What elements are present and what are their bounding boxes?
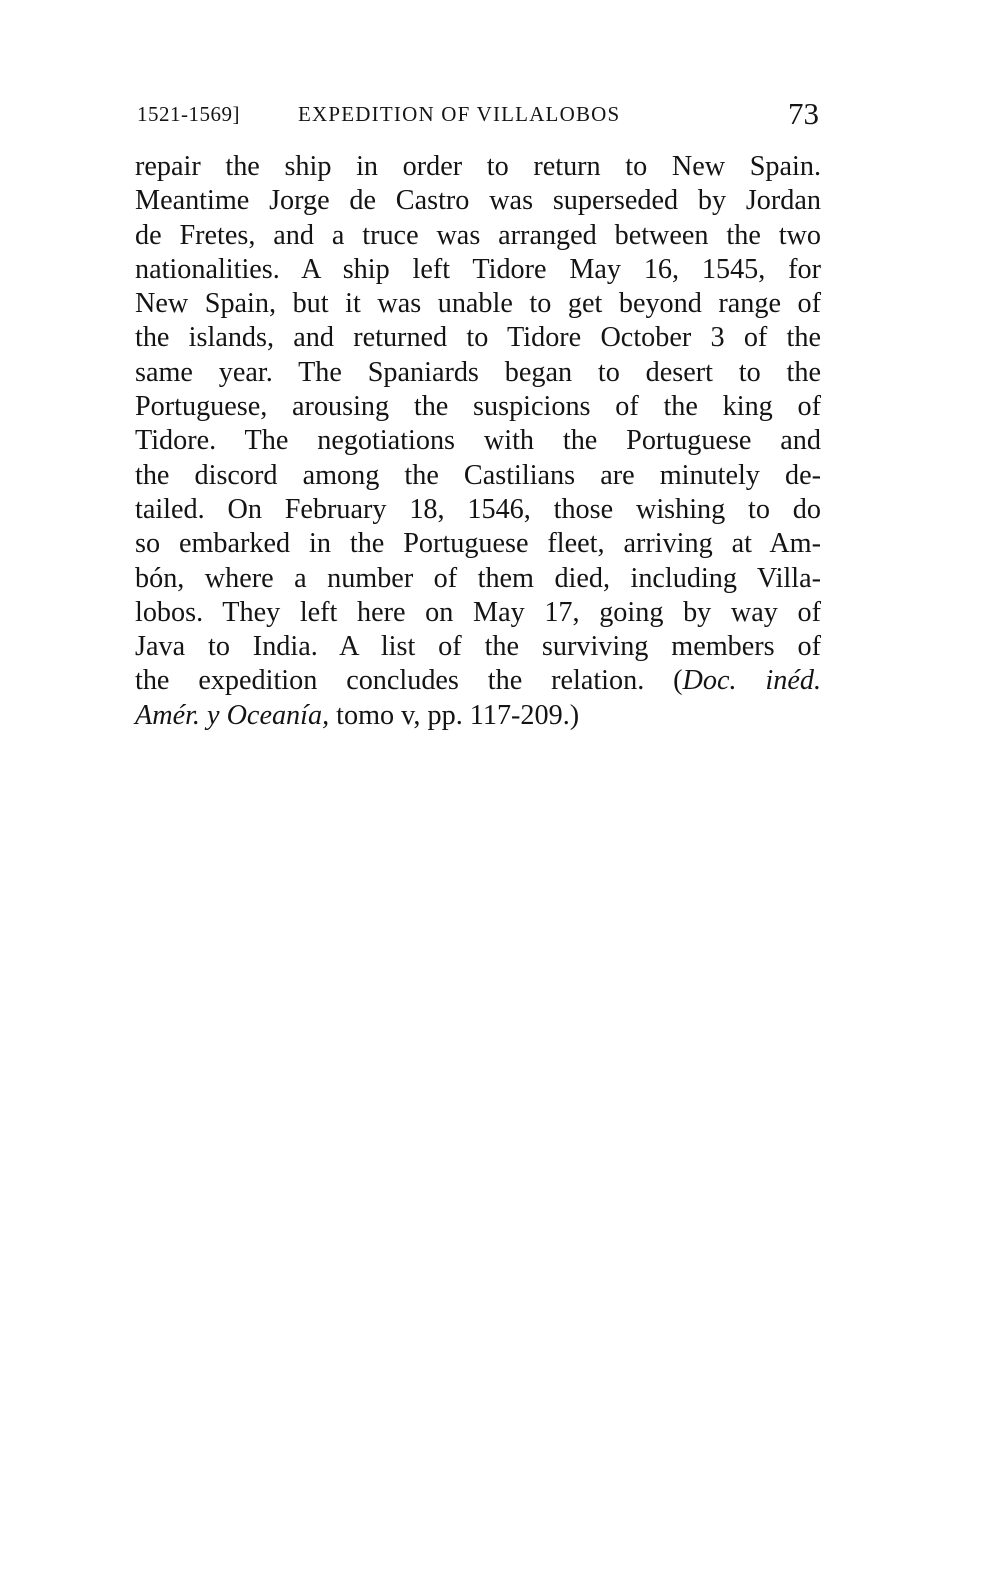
text-line: tailed. On February 18, 1546, those wish… [135,493,821,527]
book-page: 1521-1569] EXPEDITION OF VILLALOBOS 73 r… [0,0,989,1581]
text-line-citation-start: the expedition concludes the relation. (… [135,664,821,698]
running-head-date-range: 1521-1569] [137,102,240,127]
running-head-title: EXPEDITION OF VILLALOBOS [298,102,620,127]
text-line: bón, where a number of them died, includ… [135,562,821,596]
running-head: 1521-1569] EXPEDITION OF VILLALOBOS 73 [137,96,823,136]
text-line: Tidore. The negotiations with the Portug… [135,424,821,458]
citation-volume-pages: tomo v, pp. 117-209.) [329,700,579,731]
page-number: 73 [788,96,819,132]
text-line: lobos. They left here on May 17, going b… [135,596,821,630]
citation-source-italic-cont: Amér. y Oceanía, [135,700,329,731]
text-line-citation-end: Amér. y Oceanía, tomo v, pp. 117-209.) [135,699,821,733]
citation-lead-text: the expedition concludes the relation. ( [135,665,683,696]
text-line: so embarked in the Portuguese fleet, arr… [135,527,821,561]
text-line: Meantime Jorge de Castro was superseded … [135,184,821,218]
text-line: the discord among the Castilians are min… [135,459,821,493]
citation-source-italic: Doc. inéd. [683,665,821,696]
text-line: the islands, and returned to Tidore Octo… [135,321,821,355]
text-line: Java to India. A list of the surviving m… [135,630,821,664]
text-line: Portuguese, arousing the suspicions of t… [135,390,821,424]
text-line: de Fretes, and a truce was arranged betw… [135,219,821,253]
text-line: repair the ship in order to return to Ne… [135,150,821,184]
body-paragraph: repair the ship in order to return to Ne… [135,150,821,733]
text-line: nationalities. A ship left Tidore May 16… [135,253,821,287]
text-line: same year. The Spaniards began to desert… [135,356,821,390]
text-line: New Spain, but it was unable to get beyo… [135,287,821,321]
